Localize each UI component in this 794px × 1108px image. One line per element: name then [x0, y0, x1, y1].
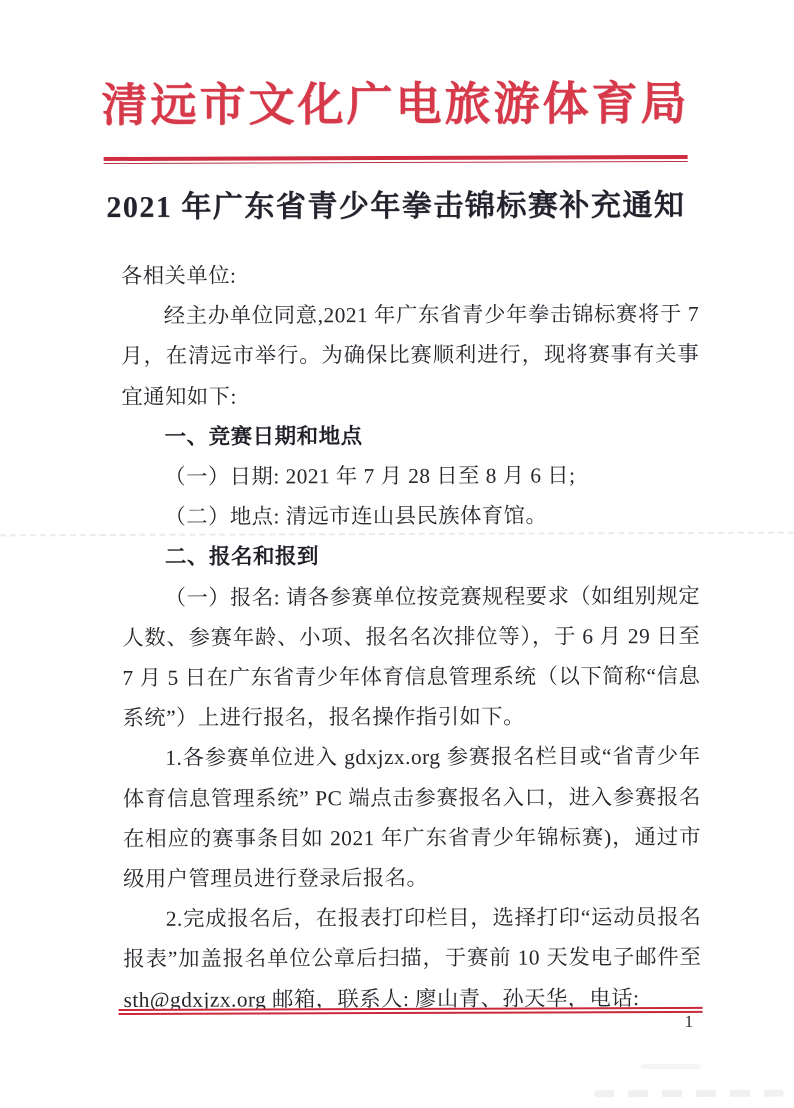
section-1-heading: 一、竞赛日期和地点 — [122, 415, 700, 457]
salutation: 各相关单位: — [121, 254, 699, 296]
registration-step-1: 1.各参赛单位进入 gdxjzx.org 参赛报名栏目或“省青少年体育信息管理系… — [123, 736, 702, 899]
scan-artifact-smudge — [594, 1090, 784, 1098]
section-1-item-venue: （二）地点: 清远市连山县民族体育馆。 — [122, 495, 700, 537]
section-2-heading: 二、报名和报到 — [122, 535, 700, 577]
document-title: 2021 年广东省青少年拳击锦标赛补充通知 — [39, 186, 753, 228]
scanned-sheet: 清远市文化广电旅游体育局 2021 年广东省青少年拳击锦标赛补充通知 各相关单位… — [0, 0, 794, 1108]
scan-artifact-smudge — [641, 1064, 701, 1069]
document-body: 各相关单位: 经主办单位同意,2021 年广东省青少年拳击锦标赛将于 7 月，在… — [121, 254, 702, 1020]
registration-step-2: 2.完成报名后，在报表打印栏目，选择打印“运动员报名报表”加盖报名单位公章后扫描… — [123, 897, 701, 1020]
page-number: 1 — [685, 1012, 694, 1032]
document-page: 清远市文化广电旅游体育局 2021 年广东省青少年拳击锦标赛补充通知 各相关单位… — [0, 0, 794, 1108]
section-2-item-registration: （一）报名: 请各参赛单位按竞赛规程要求（如组别规定人数、参赛年龄、小项、报名名… — [122, 576, 701, 739]
intro-paragraph: 经主办单位同意,2021 年广东省青少年拳击锦标赛将于 7 月，在清远市举行。为… — [121, 294, 699, 417]
section-1-item-date: （一）日期: 2021 年 7 月 28 日至 8 月 6 日; — [122, 455, 700, 497]
letterhead-title: 清远市文化广电旅游体育局 — [38, 75, 752, 135]
letterhead-rule — [104, 155, 688, 164]
